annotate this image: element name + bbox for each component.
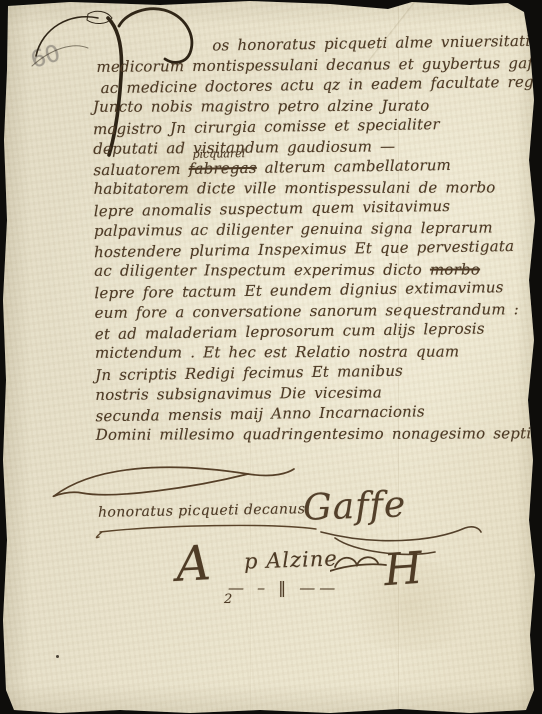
corrected-word: morbo xyxy=(430,260,480,278)
manuscript-text: os honoratus picqueti alme vniuersitatis… xyxy=(92,32,536,446)
notary-knot-paraph xyxy=(330,550,388,580)
text-line: Domini millesimo quadringentesimo nonage… xyxy=(96,423,536,445)
dean-attestation: honoratus picqueti decanus xyxy=(98,501,306,521)
interlinear-correction: picquarel xyxy=(192,144,245,165)
photograph-background: 60 os honoratus picqueti alme vniuersita… xyxy=(0,0,542,714)
manuscript-page: 60 os honoratus picqueti alme vniuersita… xyxy=(0,0,542,714)
alzine-paraph: A xyxy=(175,535,213,593)
corrected-word: picquarelfabregas xyxy=(189,159,257,178)
signature-dashes: — – ‖ —— xyxy=(228,578,339,597)
struck-through-word: morbo xyxy=(430,260,480,278)
closing-flourish xyxy=(42,458,302,506)
ink-speck xyxy=(56,655,59,658)
alzine-signature: p Alzine xyxy=(244,546,339,573)
monogram-signature: H xyxy=(382,543,424,597)
